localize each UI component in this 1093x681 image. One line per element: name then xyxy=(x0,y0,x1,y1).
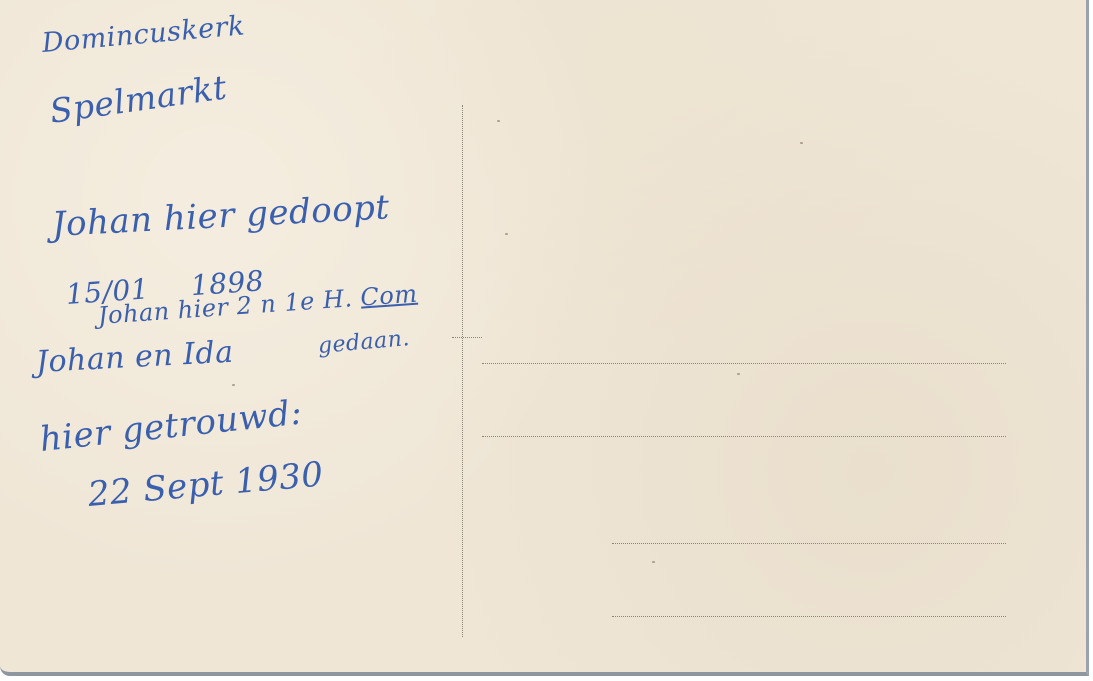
paper-speck xyxy=(737,373,740,375)
paper-speck xyxy=(652,561,655,563)
address-line-4 xyxy=(612,616,1006,617)
paper-speck xyxy=(505,233,508,235)
handwritten-insert-word: gedaan. xyxy=(317,326,411,359)
paper-speck xyxy=(232,384,235,386)
handwritten-marriage-note: hier getrouwd: xyxy=(38,393,304,460)
address-line-2 xyxy=(482,436,1006,437)
paper-speck xyxy=(497,120,500,122)
handwritten-marriage-date: 22 Sept 1930 xyxy=(86,454,325,514)
address-line-3 xyxy=(612,543,1006,544)
center-dotted-divider xyxy=(462,105,463,637)
communion-underlined: Com xyxy=(360,280,419,312)
handwritten-couple-names: Johan en Ida xyxy=(35,335,234,380)
handwritten-church-name: Domincuskerk xyxy=(41,10,246,59)
handwritten-baptism-note: Johan hier gedoopt xyxy=(51,187,391,245)
paper-speck xyxy=(800,142,803,144)
handwritten-location: Spelmarkt xyxy=(47,67,229,130)
divider-tick-mark xyxy=(452,337,482,338)
address-line-1 xyxy=(482,363,1006,364)
postcard-back: Domincuskerk Spelmarkt Johan hier gedoop… xyxy=(0,0,1089,676)
